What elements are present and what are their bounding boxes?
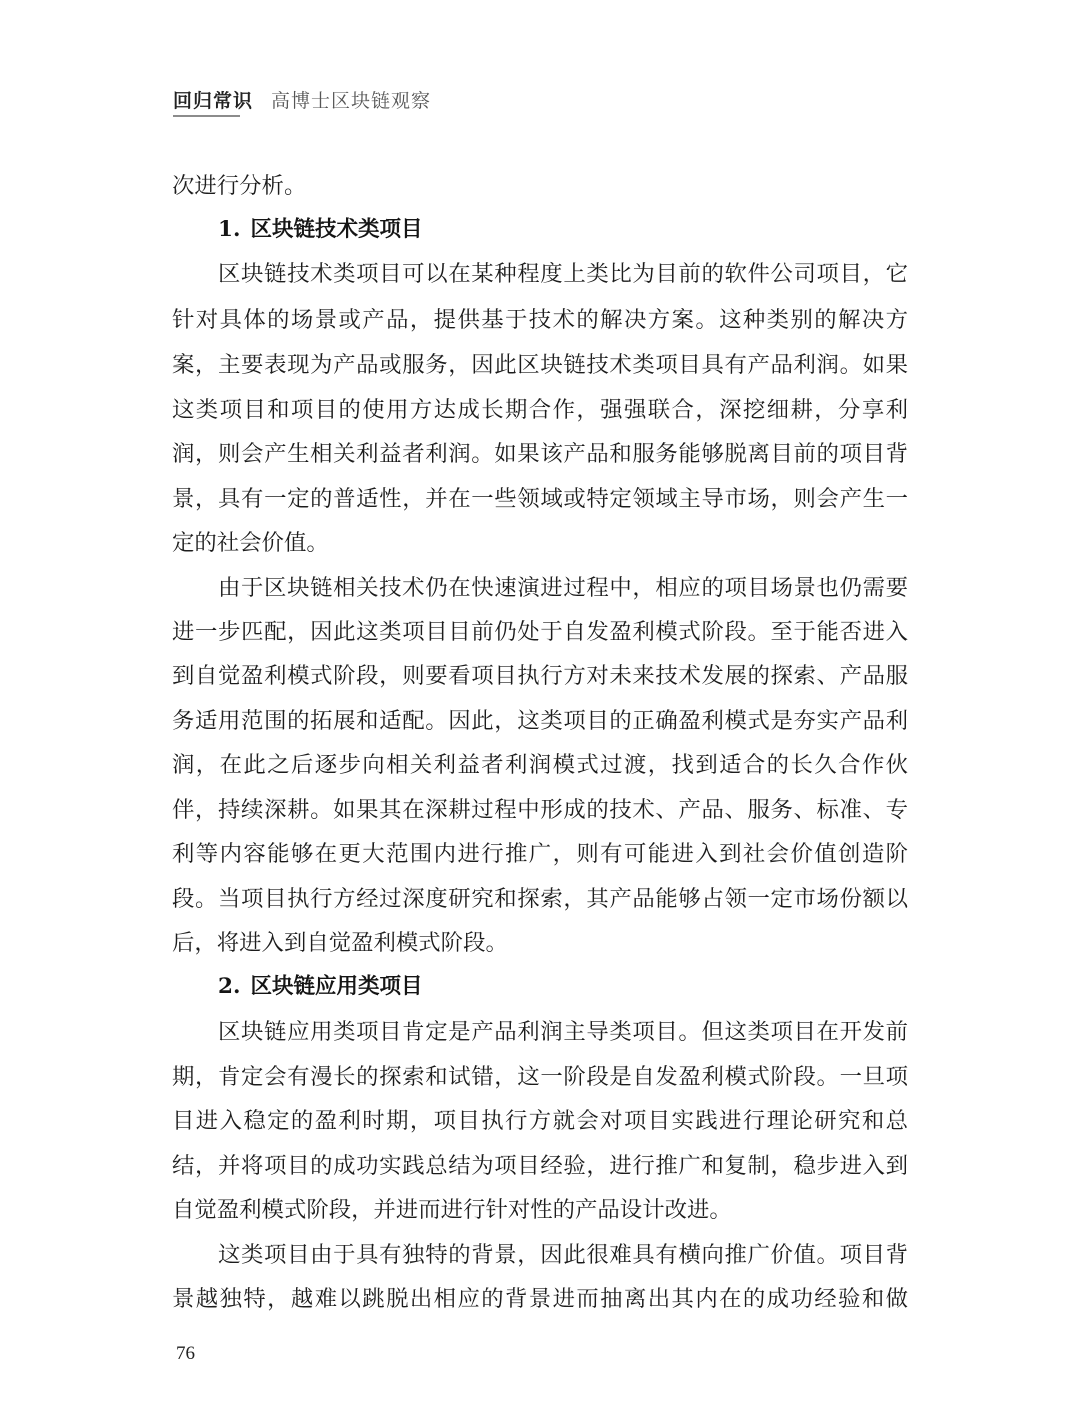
- text-line: 进一步匹配，因此这类项目目前仍处于自发盈利模式阶段。至于能否进入: [172, 612, 908, 652]
- text-line: 案，主要表现为产品或服务，因此区块链技术类项目具有产品利润。如果: [172, 345, 908, 385]
- text-line: 定的社会价值。: [172, 523, 329, 563]
- text-line: 这类项目由于具有独特的背景，因此很难具有横向推广价值。项目背: [218, 1235, 908, 1275]
- text-line: 期，肯定会有漫长的探索和试错，这一阶段是自发盈利模式阶段。一旦项: [172, 1057, 908, 1097]
- book-page: 回归常识 高博士区块链观察 次进行分析。 1.区块链技术类项目 区块链技术类项目…: [0, 0, 1080, 1419]
- section-number: 2.: [218, 974, 240, 999]
- text-line: 到自觉盈利模式阶段，则要看项目执行方对未来技术发展的探索、产品服: [172, 656, 908, 696]
- text-line: 区块链应用类项目肯定是产品利润主导类项目。但这类项目在开发前: [218, 1012, 908, 1052]
- text-line: 由于区块链相关技术仍在快速演进过程中，相应的项目场景也仍需要: [218, 568, 908, 608]
- text-line: 段。当项目执行方经过深度研究和探索，其产品能够占领一定市场份额以: [172, 879, 908, 919]
- text-line: 润，在此之后逐步向相关利益者利润模式过渡，找到适合的长久合作伙: [172, 745, 908, 785]
- section-title: 区块链技术类项目: [250, 217, 422, 242]
- text-line: 利等内容能够在更大范围内进行推广，则有可能进入到社会价值创造阶: [172, 834, 908, 874]
- header-underline-rule: [173, 115, 240, 117]
- text-line: 润，则会产生相关利益者利润。如果该产品和服务能够脱离目前的项目背: [172, 434, 908, 474]
- text-line: 景越独特，越难以跳脱出相应的背景进而抽离出其内在的成功经验和做: [172, 1279, 908, 1319]
- section-heading-2: 2.区块链应用类项目: [218, 967, 422, 1007]
- section-number: 1.: [218, 217, 240, 242]
- text-line: 务适用范围的拓展和适配。因此，这类项目的正确盈利模式是夯实产品利: [172, 701, 908, 741]
- section-heading-1: 1.区块链技术类项目: [218, 210, 422, 250]
- page-number: 76: [176, 1342, 195, 1366]
- text-line: 后，将进入到自觉盈利模式阶段。: [172, 923, 508, 963]
- text-line: 伴，持续深耕。如果其在深耕过程中形成的技术、产品、服务、标准、专: [172, 790, 908, 830]
- text-line: 这类项目和项目的使用方达成长期合作，强强联合，深挖细耕，分享利: [172, 390, 908, 430]
- text-line: 目进入稳定的盈利时期，项目执行方就会对项目实践进行理论研究和总: [172, 1101, 908, 1141]
- book-title: 回归常识: [173, 86, 253, 113]
- section-title: 区块链应用类项目: [250, 974, 422, 999]
- text-line: 结，并将项目的成功实践总结为项目经验，进行推广和复制，稳步进入到: [172, 1146, 908, 1186]
- series-title: 高博士区块链观察: [271, 86, 431, 113]
- text-line: 区块链技术类项目可以在某种程度上类比为目前的软件公司项目，它: [218, 254, 908, 294]
- text-line: 针对具体的场景或产品，提供基于技术的解决方案。这种类别的解决方: [172, 300, 908, 340]
- text-line: 景，具有一定的普适性，并在一些领域或特定领域主导市场，则会产生一: [172, 479, 908, 519]
- running-header: 回归常识 高博士区块链观察: [173, 84, 431, 114]
- text-line: 自觉盈利模式阶段，并进而进行针对性的产品设计改进。: [172, 1190, 732, 1230]
- text-line: 次进行分析。: [172, 166, 306, 206]
